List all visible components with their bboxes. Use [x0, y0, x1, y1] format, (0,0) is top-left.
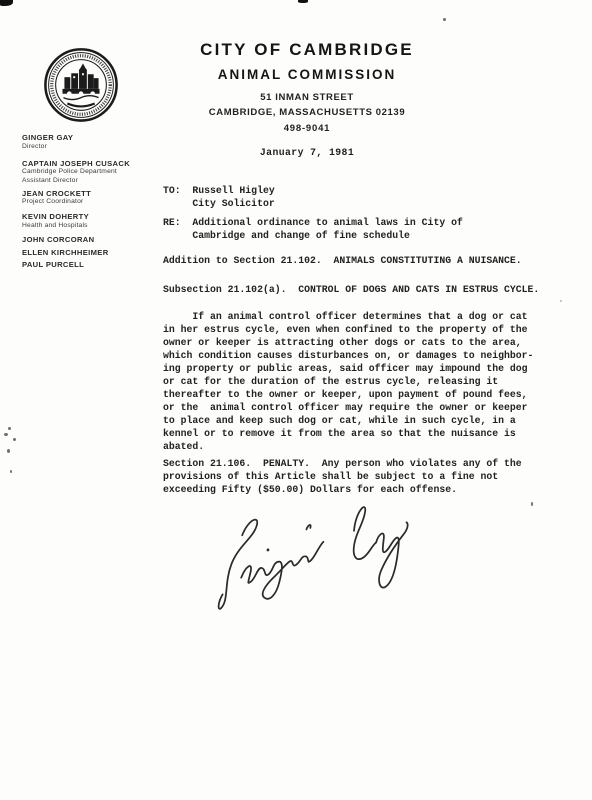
- to-block: TO: Russell Higley City Solicitor: [163, 184, 275, 210]
- official-name: KEVIN DOHERTY: [22, 212, 162, 222]
- official-entry: PAUL PURCELL: [22, 260, 162, 270]
- body-line: ing property or public areas, said offic…: [163, 362, 533, 375]
- scan-speck: [13, 438, 16, 441]
- phone-number: 498-9041: [157, 123, 457, 134]
- re-line: RE: Additional ordinance to animal laws …: [163, 216, 463, 229]
- scan-speck: [8, 427, 11, 430]
- official-entry: ELLEN KIRCHHEIMER: [22, 248, 162, 258]
- dept-name: ANIMAL COMMISSION: [157, 67, 457, 82]
- official-title: Director: [22, 143, 162, 151]
- body-line: abated.: [163, 440, 533, 453]
- penalty-line: Section 21.106. PENALTY. Any person who …: [163, 457, 522, 470]
- body-line: which condition causes disturbances on, …: [163, 349, 533, 362]
- body-line: If an animal control officer determines …: [163, 310, 533, 323]
- scan-speck: [10, 470, 12, 473]
- re-block: RE: Additional ordinance to animal laws …: [163, 216, 463, 242]
- official-name: ELLEN KIRCHHEIMER: [22, 248, 162, 258]
- official-title: Project Coordinator: [22, 198, 162, 206]
- official-entry: CAPTAIN JOSEPH CUSACK Cambridge Police D…: [22, 159, 162, 185]
- official-name: CAPTAIN JOSEPH CUSACK: [22, 159, 162, 169]
- officials-roster: GINGER GAY Director CAPTAIN JOSEPH CUSAC…: [22, 133, 162, 276]
- scan-speck: [4, 433, 8, 436]
- scan-speck: [443, 18, 446, 21]
- official-entry: JEAN CROCKETT Project Coordinator: [22, 189, 162, 207]
- scan-blot: [0, 0, 13, 6]
- body-line: in her estrus cycle, even when confined …: [163, 323, 533, 336]
- body-paragraph: If an animal control officer determines …: [163, 310, 533, 453]
- to-line: TO: Russell Higley: [163, 184, 275, 197]
- official-name: JEAN CROCKETT: [22, 189, 162, 199]
- official-title: Health and Hospitals: [22, 222, 162, 230]
- body-line: or the animal control officer may requir…: [163, 401, 533, 414]
- body-line: kennel or to remove it from the area so …: [163, 427, 533, 440]
- official-name: JOHN CORCORAN: [22, 235, 162, 245]
- official-entry: KEVIN DOHERTY Health and Hospitals: [22, 212, 162, 230]
- city-address: CAMBRIDGE, MASSACHUSETTS 02139: [157, 107, 457, 118]
- scan-speck: [531, 502, 533, 506]
- street-address: 51 INMAN STREET: [157, 92, 457, 103]
- letter-date: January 7, 1981: [157, 147, 457, 158]
- official-entry: GINGER GAY Director: [22, 133, 162, 151]
- official-name: GINGER GAY: [22, 133, 162, 143]
- scan-speck: [560, 300, 562, 302]
- letterhead: CITY OF CAMBRIDGE ANIMAL COMMISSION 51 I…: [157, 40, 457, 158]
- official-entry: JOHN CORCORAN: [22, 235, 162, 245]
- scan-blot: [298, 0, 308, 3]
- section-heading-addition: Addition to Section 21.102. ANIMALS CONS…: [163, 254, 522, 267]
- scanned-letter-page: CITY OF CAMBRIDGE ANIMAL COMMISSION 51 I…: [0, 0, 592, 800]
- body-line: or cat for the duration of the estrus cy…: [163, 375, 533, 388]
- penalty-line: exceeding Fifty ($50.00) Dollars for eac…: [163, 483, 522, 496]
- signature-ginger-gay: [205, 489, 436, 615]
- official-title: Cambridge Police Department: [22, 168, 162, 176]
- penalty-paragraph: Section 21.106. PENALTY. Any person who …: [163, 457, 522, 496]
- body-line: thereafter to the owner or keeper, upon …: [163, 388, 533, 401]
- penalty-line: provisions of this Article shall be subj…: [163, 470, 522, 483]
- city-seal-icon: [42, 44, 120, 124]
- body-line: to place and keep such dog or cat, while…: [163, 414, 533, 427]
- body-line: owner or keeper is attracting other dogs…: [163, 336, 533, 349]
- scan-speck: [7, 449, 10, 453]
- section-heading-subsection: Subsection 21.102(a). CONTROL OF DOGS AN…: [163, 283, 539, 296]
- to-title-line: City Solicitor: [163, 197, 275, 210]
- org-name: CITY OF CAMBRIDGE: [157, 40, 457, 60]
- re-line-cont: Cambridge and change of fine schedule: [163, 229, 463, 242]
- official-title: Assistant Director: [22, 177, 162, 185]
- official-name: PAUL PURCELL: [22, 260, 162, 270]
